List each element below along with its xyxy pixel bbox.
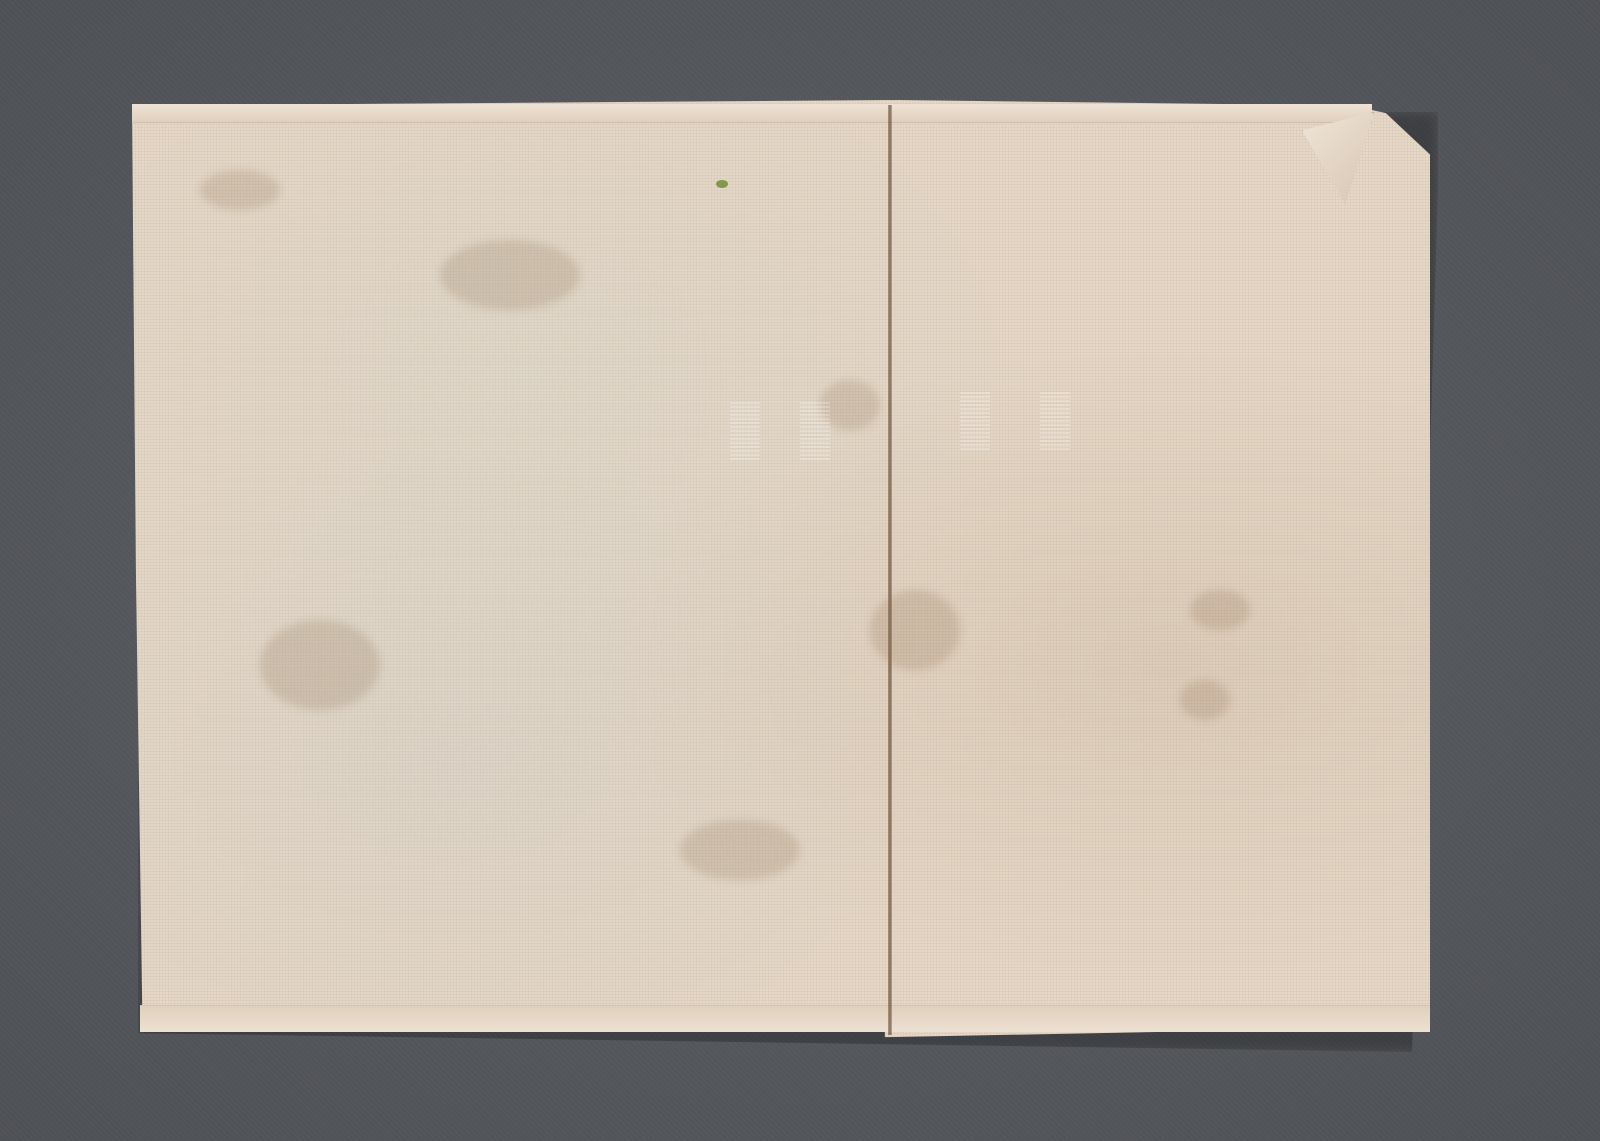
stain (680, 820, 800, 880)
center-seam (888, 105, 892, 1035)
stain (440, 240, 580, 310)
woven-mark (800, 400, 830, 460)
top-hem (132, 104, 1372, 123)
bottom-hem (140, 1005, 1430, 1032)
stain (200, 170, 280, 210)
stain (260, 620, 380, 710)
cloth-armband (0, 0, 1600, 1141)
woven-mark (960, 390, 990, 450)
stain (1190, 590, 1250, 630)
green-mark (716, 180, 728, 188)
stain (870, 590, 960, 670)
stain (1180, 680, 1230, 720)
woven-mark (730, 400, 760, 460)
armband-fabric (132, 100, 1430, 1040)
woven-mark (1040, 390, 1070, 450)
